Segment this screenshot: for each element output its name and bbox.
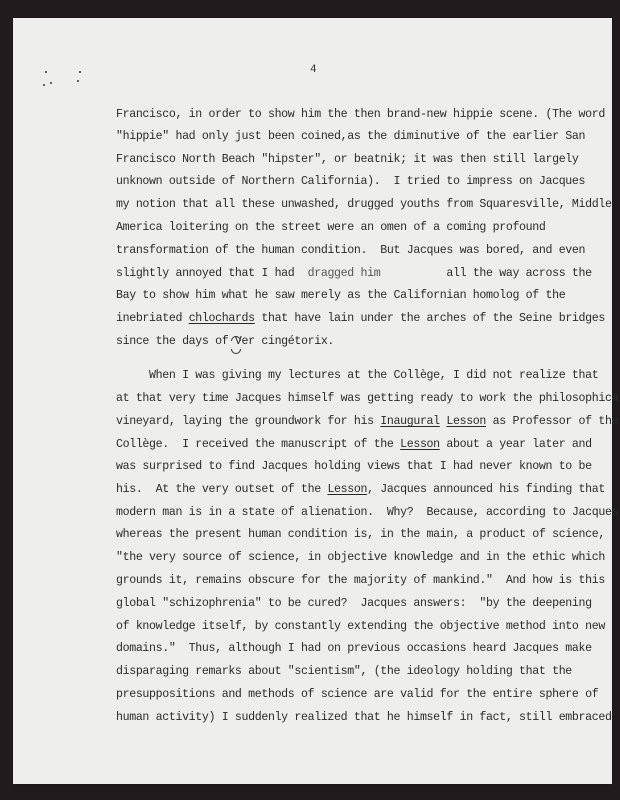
edit-mark-bottom (231, 349, 241, 354)
text-segment: "the very source of science, in objectiv… (116, 551, 605, 564)
text-segment: of knowledge itself, by constantly exten… (116, 620, 605, 633)
text-segment: presuppositions and methods of science a… (116, 688, 598, 701)
correction-text: dragged him (308, 267, 381, 280)
underlined-text: Lesson (400, 438, 440, 451)
text-segment: about a year later and (440, 438, 592, 451)
text-segment: all the way across the (380, 267, 591, 280)
text-segment: Francisco, in order to show him the then… (116, 108, 605, 121)
stray-mark (77, 80, 79, 82)
text-segment: unknown outside of Northern California).… (116, 175, 585, 188)
text-segment: transformation of the human condition. B… (116, 244, 585, 257)
text-line: Bay to show him what he saw merely as th… (116, 289, 565, 302)
page-number: 4 (310, 64, 317, 76)
underlined-text: chlochards (189, 312, 255, 325)
stray-mark (79, 71, 81, 73)
text-line: "hippie" had only just been coined,as th… (116, 130, 585, 143)
stray-mark (43, 84, 45, 86)
text-line: inebriated chlochards that have lain und… (116, 312, 605, 325)
stray-marks (37, 58, 87, 83)
text-line: modern man is in a state of alienation. … (116, 506, 620, 519)
underlined-text: Lesson (446, 415, 486, 428)
text-segment: vineyard, laying the groundwork for his (116, 415, 380, 428)
text-segment: was surprised to find Jacques holding vi… (116, 460, 592, 473)
document-page: 4 Francisco, in order to show him the th… (13, 18, 612, 784)
text-line: domains." Thus, although I had on previo… (116, 642, 592, 655)
underlined-text: Inaugural (380, 415, 439, 428)
text-segment: inebriated (116, 312, 189, 325)
text-segment: modern man is in a state of alienation. … (116, 506, 620, 519)
text-segment: disparaging remarks about "scientism", (… (116, 665, 572, 678)
text-segment: , Jacques announced his finding that (367, 483, 605, 496)
text-line: my notion that all these unwashed, drugg… (116, 198, 612, 211)
text-segment: since the days of Ver cingétorix. (116, 335, 334, 348)
stray-mark (50, 82, 52, 84)
text-line: transformation of the human condition. B… (116, 244, 585, 257)
underlined-text: Lesson (327, 483, 367, 496)
text-line: human activity) I suddenly realized that… (116, 711, 612, 724)
text-line: global "schizophrenia" to be cured? Jacq… (116, 597, 592, 610)
text-line: whereas the present human condition is, … (116, 528, 605, 541)
text-line: disparaging remarks about "scientism", (… (116, 665, 572, 678)
edit-mark-top (231, 336, 241, 341)
text-line: was surprised to find Jacques holding vi… (116, 460, 592, 473)
text-line: of knowledge itself, by constantly exten… (116, 620, 605, 633)
text-segment: his. At the very outset of the (116, 483, 327, 496)
text-line: Francisco, in order to show him the then… (116, 108, 605, 121)
text-segment: grounds it, remains obscure for the majo… (116, 574, 605, 587)
text-segment: Collège. I received the manuscript of th… (116, 438, 400, 451)
text-segment: human activity) I suddenly realized that… (116, 711, 612, 724)
text-segment: whereas the present human condition is, … (116, 528, 605, 541)
text-line: slightly annoyed that I had dragged him … (116, 267, 592, 280)
text-segment: domains." Thus, although I had on previo… (116, 642, 592, 655)
text-segment: as Professor of the (486, 415, 618, 428)
text-segment: America loitering on the street were an … (116, 221, 545, 234)
text-line: When I was giving my lectures at the Col… (116, 369, 598, 382)
text-segment: "hippie" had only just been coined,as th… (116, 130, 585, 143)
stray-mark (45, 71, 47, 73)
text-line: "the very source of science, in objectiv… (116, 551, 605, 564)
text-line: unknown outside of Northern California).… (116, 175, 585, 188)
text-segment: my notion that all these unwashed, drugg… (116, 198, 612, 211)
text-line: vineyard, laying the groundwork for his … (116, 415, 618, 428)
text-segment: Bay to show him what he saw merely as th… (116, 289, 565, 302)
text-segment: Francisco North Beach "hipster", or beat… (116, 153, 579, 166)
text-line: presuppositions and methods of science a… (116, 688, 598, 701)
text-line: grounds it, remains obscure for the majo… (116, 574, 605, 587)
text-line: at that very time Jacques himself was ge… (116, 392, 620, 405)
text-segment: global "schizophrenia" to be cured? Jacq… (116, 597, 592, 610)
text-segment: that have lain under the arches of the S… (255, 312, 605, 325)
text-line: America loitering on the street were an … (116, 221, 545, 234)
text-segment: When I was giving my lectures at the Col… (116, 369, 598, 382)
text-segment: at that very time Jacques himself was ge… (116, 392, 620, 405)
text-line: Collège. I received the manuscript of th… (116, 438, 592, 451)
text-line: since the days of Ver cingétorix. (116, 335, 334, 348)
text-line: his. At the very outset of the Lesson, J… (116, 483, 605, 496)
text-line: Francisco North Beach "hipster", or beat… (116, 153, 579, 166)
text-segment: slightly annoyed that I had (116, 267, 308, 280)
